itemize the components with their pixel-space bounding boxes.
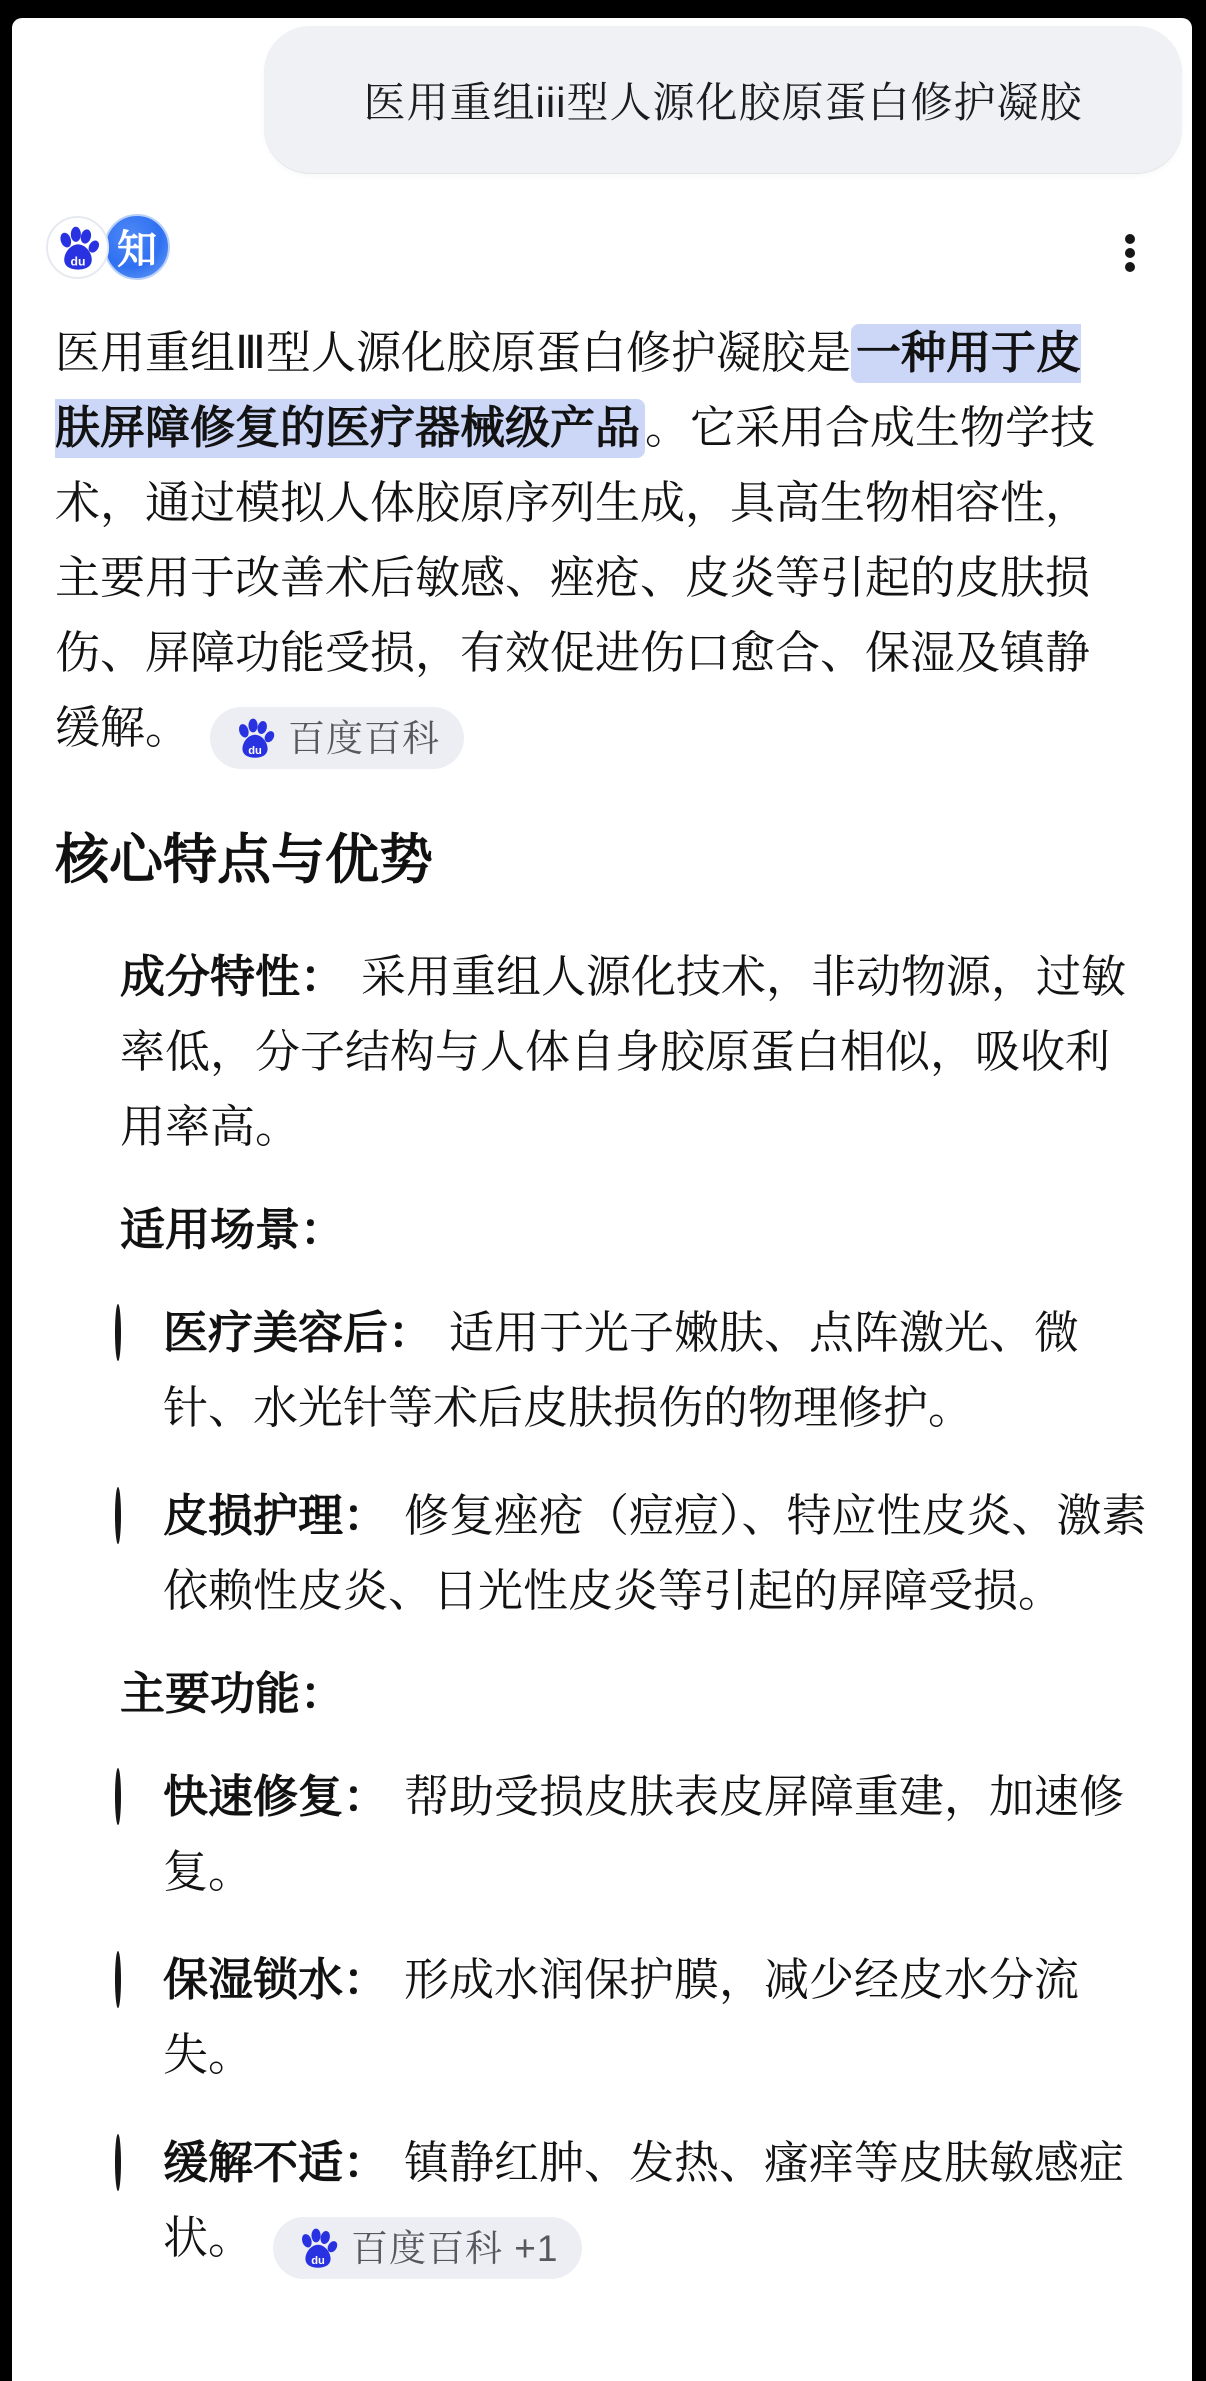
circle-bullet-icon [115,1295,163,1445]
item-label: 成分特性： [120,951,345,1002]
baidu-zhidao-logo: 知 [46,214,172,280]
circle-bullet-icon [115,2125,163,2279]
query-row: 医用重组iii型人源化胶原蛋白修护凝胶 [12,18,1192,173]
circle-bullet-icon [115,1942,163,2092]
kebab-menu-button[interactable] [1108,230,1152,276]
item-label: 缓解不适： [163,2137,388,2188]
bullet-icon [55,1656,120,1731]
baidu-paw-icon [234,717,276,759]
item-label: 皮损护理： [163,1490,388,1541]
query-text: 医用重组iii型人源化胶原蛋白修护凝胶 [364,70,1083,130]
list-item: 适用场景： [55,1192,1147,1267]
source-badge-label: 百度百科 +1 [351,2211,558,2286]
source-badge-baike-plus[interactable]: 百度百科 +1 [273,2217,582,2279]
paragraph-pre: 医用重组Ⅲ型人源化胶原蛋白修护凝胶是 [55,327,851,378]
item-label: 主要功能： [120,1668,345,1719]
sub-list-item: 医疗美容后：适用于光子嫩肤、点阵激光、微针、水光针等术后皮肤损伤的物理修护。 [55,1295,1147,1445]
header-row: 知 [12,214,1192,280]
zhi-glyph: 知 [117,218,157,275]
bullet-icon [55,939,120,1164]
sub-list-item: 缓解不适：镇静红肿、发热、瘙痒等皮肤敏感症状。百度百科 +1 [55,2125,1147,2279]
query-bubble: 医用重组iii型人源化胶原蛋白修护凝胶 [264,26,1182,173]
feature-list: 成分特性：采用重组人源化技术，非动物源，过敏率低，分子结构与人体自身胶原蛋白相似… [55,939,1147,2279]
source-badge-baike[interactable]: 百度百科 [210,707,464,769]
section-title: 核心特点与优势 [55,828,1192,892]
kebab-dot [1125,262,1135,272]
baidu-paw-icon [297,2227,339,2269]
list-item: 主要功能： [55,1656,1147,1731]
kebab-dot [1125,234,1135,244]
source-badge-label: 百度百科 [288,701,440,776]
bullet-icon [55,1192,120,1267]
item-label: 适用场景： [120,1204,345,1255]
circle-bullet-icon [115,1759,163,1909]
item-label: 医疗美容后： [163,1307,433,1358]
item-label: 快速修复： [163,1771,388,1822]
sub-list-item: 快速修复：帮助受损皮肤表皮屏障重建，加速修复。 [55,1759,1147,1909]
sub-list-item: 皮损护理：修复痤疮（痘痘）、特应性皮炎、激素依赖性皮炎、日光性皮炎等引起的屏障受… [55,1478,1147,1628]
kebab-dot [1125,248,1135,258]
item-label: 保湿锁水： [163,1954,388,2005]
list-item: 成分特性：采用重组人源化技术，非动物源，过敏率低，分子结构与人体自身胶原蛋白相似… [55,939,1147,1164]
baidu-paw-icon [55,225,101,271]
answer-screen: 医用重组iii型人源化胶原蛋白修护凝胶 知 医用重组Ⅲ型人源化胶原蛋白修护凝胶是… [12,18,1192,2381]
circle-bullet-icon [115,1478,163,1628]
zhi-circle: 知 [104,214,170,280]
paw-circle [46,216,109,279]
sub-list-item: 保湿锁水：形成水润保护膜，减少经皮水分流失。 [55,1942,1147,2092]
answer-paragraph: 医用重组Ⅲ型人源化胶原蛋白修护凝胶是一种用于皮肤屏障修复的医疗器械级产品。它采用… [55,315,1123,769]
